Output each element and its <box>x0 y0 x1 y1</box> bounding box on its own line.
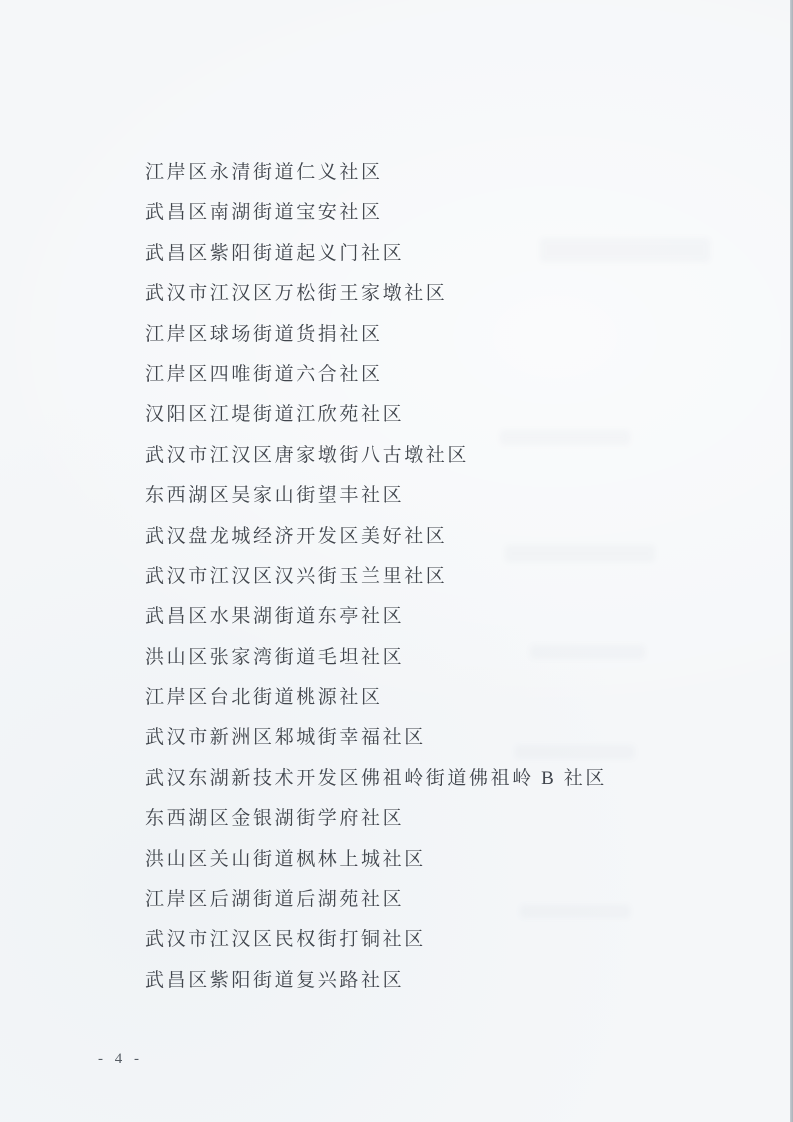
community-list-item: 武昌区紫阳街道起义门社区 <box>145 234 705 274</box>
community-list-item: 武汉市江汉区万松街王家墩社区 <box>145 274 705 314</box>
community-list-item: 江岸区台北街道桃源社区 <box>145 678 705 718</box>
community-list-item: 武汉市江汉区唐家墩街八古墩社区 <box>145 436 705 476</box>
community-list-item: 武昌区南湖街道宝安社区 <box>145 193 705 233</box>
page-number: - 4 - <box>98 1051 143 1068</box>
community-list-item: 东西湖区吴家山街望丰社区 <box>145 476 705 516</box>
scanned-document-page: 江岸区永清街道仁义社区 武昌区南湖街道宝安社区 武昌区紫阳街道起义门社区 武汉市… <box>0 0 793 1122</box>
community-list-item: 武昌区紫阳街道复兴路社区 <box>145 961 705 1001</box>
community-list-item: 武昌区水果湖街道东亭社区 <box>145 597 705 637</box>
community-list-item: 武汉市江汉区民权街打铜社区 <box>145 920 705 960</box>
community-list-item: 江岸区球场街道货捐社区 <box>145 315 705 355</box>
community-list-item: 东西湖区金银湖街学府社区 <box>145 799 705 839</box>
community-list: 江岸区永清街道仁义社区 武昌区南湖街道宝安社区 武昌区紫阳街道起义门社区 武汉市… <box>145 153 705 1001</box>
community-list-item: 江岸区永清街道仁义社区 <box>145 153 705 193</box>
community-list-item: 洪山区张家湾街道毛坦社区 <box>145 638 705 678</box>
community-list-item: 洪山区关山街道枫林上城社区 <box>145 840 705 880</box>
community-list-item: 武汉东湖新技术开发区佛祖岭街道佛祖岭 B 社区 <box>145 759 705 799</box>
community-list-item: 江岸区四唯街道六合社区 <box>145 355 705 395</box>
community-list-item: 汉阳区江堤街道江欣苑社区 <box>145 395 705 435</box>
community-list-item: 武汉盘龙城经济开发区美好社区 <box>145 517 705 557</box>
community-list-item: 江岸区后湖街道后湖苑社区 <box>145 880 705 920</box>
community-list-item: 武汉市新洲区邾城街幸福社区 <box>145 718 705 758</box>
community-list-item: 武汉市江汉区汉兴街玉兰里社区 <box>145 557 705 597</box>
